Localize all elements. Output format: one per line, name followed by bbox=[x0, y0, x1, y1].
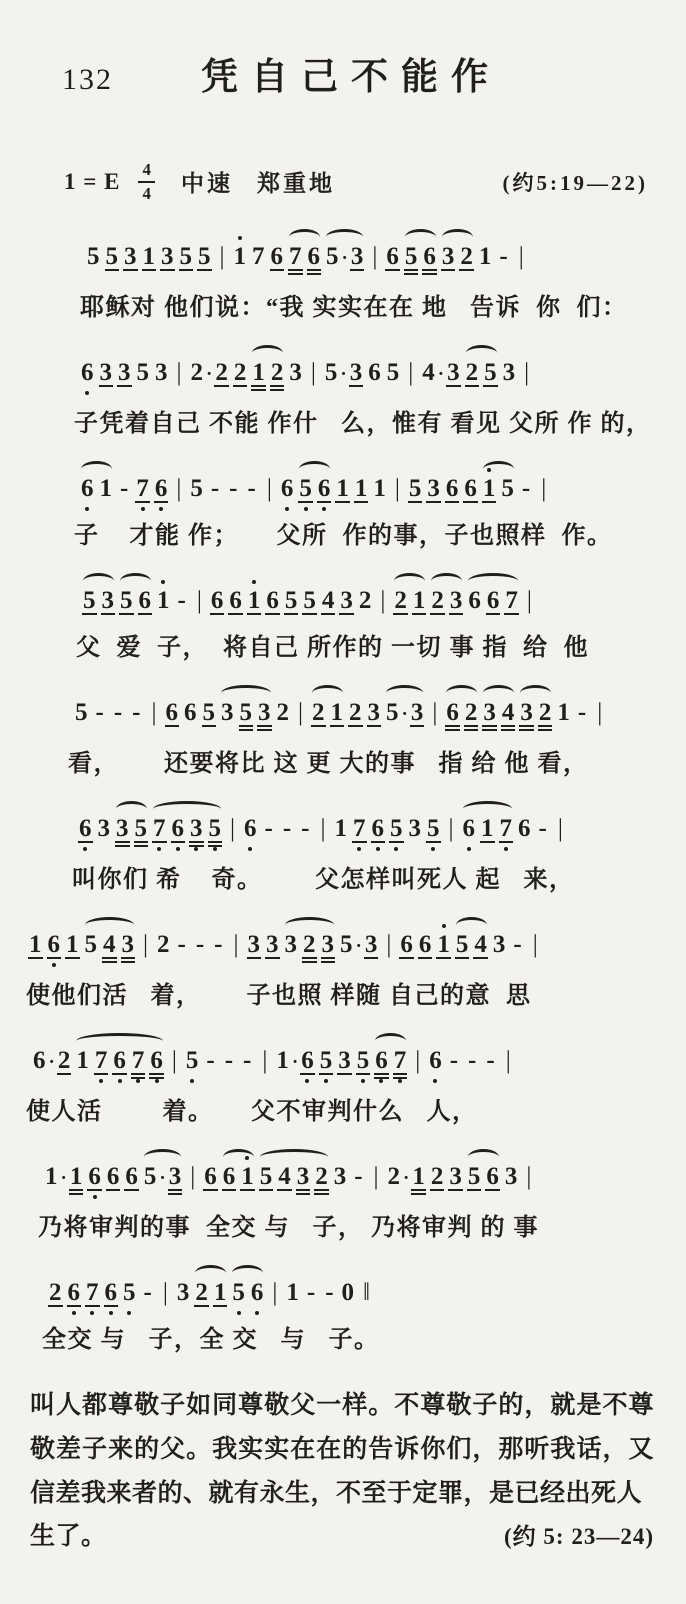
barline: | bbox=[525, 1164, 532, 1189]
note-glyph: 6 bbox=[68, 1279, 81, 1306]
octave-dot-low bbox=[159, 507, 163, 511]
note-glyph: 6 bbox=[107, 1163, 120, 1190]
barline: | bbox=[266, 476, 273, 501]
note: 2 bbox=[270, 360, 285, 391]
slur-group: 34 bbox=[480, 700, 517, 731]
note: 5 bbox=[185, 1048, 200, 1073]
note: 7 bbox=[393, 1048, 408, 1079]
note-glyph: 1 bbox=[157, 587, 170, 614]
note: 3 bbox=[408, 816, 423, 841]
note-glyph: 1 bbox=[66, 931, 79, 958]
note-glyph: 5 bbox=[180, 243, 193, 270]
note-glyph: - bbox=[522, 475, 530, 502]
note-glyph: 3 bbox=[155, 359, 168, 386]
octave-dot-low bbox=[376, 847, 380, 851]
music-system: 63357635|6---|176535|6176-|叫你们 希 奇。 父怎样叫… bbox=[24, 799, 662, 894]
note: 6 bbox=[112, 1048, 127, 1075]
note-glyph: - bbox=[243, 1047, 251, 1074]
note-glyph: 6 bbox=[318, 475, 331, 502]
note: 5 bbox=[86, 244, 101, 269]
octave-dot-low bbox=[72, 1311, 76, 1315]
note: 5 bbox=[197, 244, 212, 271]
note-glyph: 3 bbox=[503, 359, 516, 386]
note-glyph: 5 bbox=[232, 1279, 245, 1306]
barline: | bbox=[162, 1280, 169, 1305]
barline: | bbox=[297, 700, 304, 725]
note: 1 bbox=[75, 1048, 90, 1073]
lyrics-line: 耶稣对 他们说：“我 实实在在 地 告诉 你 们： bbox=[24, 287, 662, 322]
note: 1 bbox=[213, 1280, 228, 1307]
slur-group: 543 bbox=[82, 932, 138, 963]
octave-dot-low bbox=[136, 1079, 140, 1083]
note: 5 bbox=[134, 816, 149, 847]
octave-dot-low bbox=[248, 847, 252, 851]
note: 6 bbox=[80, 476, 95, 501]
note-glyph: - bbox=[539, 815, 547, 842]
note: 4 bbox=[473, 932, 488, 959]
note: 6 bbox=[106, 1164, 121, 1191]
note-glyph: 3 bbox=[442, 243, 455, 270]
note-glyph: 7 bbox=[95, 1047, 108, 1074]
time-signature-numerator: 4 bbox=[138, 160, 155, 183]
note-glyph: 1 bbox=[241, 1163, 254, 1190]
note-glyph: 5 bbox=[120, 587, 133, 614]
note-glyph: 5 bbox=[87, 243, 100, 270]
note: 6 bbox=[149, 1048, 164, 1079]
note-glyph: 4 bbox=[422, 359, 435, 386]
note-glyph: 3 bbox=[427, 475, 440, 502]
note: 6 bbox=[250, 1280, 265, 1305]
dash: - bbox=[512, 932, 522, 957]
barline: | bbox=[219, 244, 226, 269]
note: 2 bbox=[348, 700, 363, 727]
note-glyph: 1 bbox=[29, 931, 42, 958]
dash: - bbox=[195, 932, 205, 957]
music-line: 53561-|661655432|2123667| bbox=[24, 571, 662, 626]
note: 1 bbox=[65, 932, 80, 959]
note-glyph: 5 bbox=[390, 815, 403, 842]
note: 6 bbox=[385, 244, 400, 271]
note: 2 bbox=[430, 1164, 445, 1191]
barline: | bbox=[526, 588, 533, 613]
note-glyph: 1 bbox=[355, 475, 368, 502]
octave-dot-high bbox=[245, 1156, 249, 1160]
note-glyph: - bbox=[114, 699, 122, 726]
dash: - bbox=[485, 1048, 495, 1073]
note: 2 bbox=[57, 1048, 72, 1075]
note: 7 bbox=[152, 816, 167, 843]
octave-dot-low bbox=[90, 1311, 94, 1315]
note: 5 bbox=[74, 700, 89, 725]
note-glyph: 2 bbox=[277, 699, 290, 726]
lyrics-line: 乃将审判的事 全交 与 子， 乃将审判 的 事 bbox=[24, 1207, 662, 1242]
augmentation-dot: · bbox=[403, 1169, 409, 1188]
note-glyph: | bbox=[262, 1047, 267, 1074]
note: 3 bbox=[154, 360, 169, 385]
note-glyph: - bbox=[225, 1047, 233, 1074]
note-glyph: 5 bbox=[209, 815, 222, 842]
note-glyph: - bbox=[229, 475, 237, 502]
footer: 叫人都尊敬子如同尊敬父一样。不尊敬子的，就是不尊敬差子来的父。我实实在在的告诉你… bbox=[24, 1384, 662, 1559]
note-glyph: 3 bbox=[102, 587, 115, 614]
note-glyph: - bbox=[132, 699, 140, 726]
note: 6 bbox=[32, 1048, 47, 1073]
note: 6 bbox=[374, 1048, 389, 1079]
note-glyph: | bbox=[267, 475, 272, 502]
note: 3 bbox=[504, 1164, 519, 1189]
slur-group: 17676 bbox=[73, 1048, 166, 1079]
note-glyph: 5 bbox=[85, 931, 98, 958]
slur-group: 21 bbox=[391, 588, 428, 615]
note-glyph: 3 bbox=[258, 699, 271, 726]
dash: - bbox=[324, 1280, 334, 1305]
barline: | bbox=[320, 816, 327, 841]
note-glyph: 3 bbox=[190, 815, 203, 842]
note-glyph: 6 bbox=[429, 1047, 442, 1074]
note-glyph: 5 bbox=[106, 243, 119, 270]
slur-group: 56 bbox=[117, 588, 154, 615]
note-glyph: | bbox=[408, 359, 413, 386]
note-glyph: 1 bbox=[100, 475, 113, 502]
note-glyph: 1 bbox=[335, 815, 348, 842]
note-glyph: 5 bbox=[427, 815, 440, 842]
note: 5 bbox=[302, 588, 317, 615]
note-glyph: | bbox=[163, 1279, 168, 1306]
note-glyph: 3 bbox=[493, 931, 506, 958]
octave-dot-low bbox=[357, 847, 361, 851]
note: 5 bbox=[356, 1048, 371, 1075]
note: 5 bbox=[455, 932, 470, 959]
note-glyph: 6 bbox=[125, 1163, 138, 1190]
note-glyph: 5 bbox=[409, 475, 422, 502]
note: 5 bbox=[208, 816, 223, 847]
note: 3 bbox=[441, 244, 456, 271]
note-glyph: 3 bbox=[411, 699, 424, 726]
note-glyph: - bbox=[120, 475, 128, 502]
dash: - bbox=[242, 1048, 252, 1073]
note: 3 bbox=[220, 700, 235, 725]
note-glyph: 2 bbox=[315, 1163, 328, 1190]
dash: - bbox=[177, 932, 187, 957]
note: 3 bbox=[333, 1164, 348, 1189]
music-system: 6·217676|5---|1·653567|6---|使人活 着。 父不审判什… bbox=[24, 1031, 662, 1126]
note-glyph: 5 bbox=[186, 1047, 199, 1074]
note-glyph: 1 bbox=[412, 1163, 425, 1190]
note: 7 bbox=[251, 244, 266, 269]
note-glyph: 5 bbox=[320, 1047, 333, 1074]
note-glyph: 1 bbox=[286, 1279, 299, 1306]
note-glyph: 1 bbox=[70, 1163, 83, 1190]
note-glyph: 6 bbox=[386, 243, 399, 270]
note-glyph: 2 bbox=[460, 243, 473, 270]
note-glyph: 6 bbox=[172, 815, 185, 842]
note: 3 bbox=[123, 244, 138, 271]
dash: - bbox=[300, 816, 310, 841]
note-glyph: - bbox=[214, 931, 222, 958]
note: 6 bbox=[428, 1048, 443, 1073]
note-glyph: · bbox=[403, 1168, 409, 1189]
slur-group: 5432 bbox=[257, 1164, 331, 1195]
note: 1 bbox=[482, 476, 497, 503]
note-glyph: 2 bbox=[466, 359, 479, 386]
augmentation-dot: · bbox=[159, 1169, 165, 1188]
barline: | bbox=[596, 700, 603, 725]
dash: - bbox=[353, 1164, 363, 1189]
music-system: 63353|2·22123|5·365|4·3253|子凭着自己 不能 作什 么… bbox=[24, 343, 662, 438]
lyrics-line: 子 才能 作； 父所 作的事，子也照样 作。 bbox=[24, 515, 662, 550]
barline: | bbox=[175, 476, 182, 501]
note: 1 bbox=[240, 1164, 255, 1191]
note-glyph: 1 bbox=[373, 475, 386, 502]
note: 6 bbox=[80, 360, 95, 385]
note: 3 bbox=[349, 360, 364, 387]
barline: | bbox=[540, 476, 547, 501]
note: 1 bbox=[478, 244, 493, 269]
note-glyph: | bbox=[415, 1047, 420, 1074]
note-glyph: | bbox=[176, 475, 181, 502]
note-glyph: 6 bbox=[81, 475, 94, 502]
note-glyph: 6 bbox=[79, 815, 92, 842]
note: 6 bbox=[210, 588, 225, 615]
slur-group: 667 bbox=[465, 588, 521, 615]
note-glyph: 2 bbox=[359, 587, 372, 614]
note: 5 bbox=[284, 588, 299, 615]
note: 3 bbox=[284, 932, 299, 957]
note-glyph: - bbox=[178, 931, 186, 958]
barline: | bbox=[532, 932, 539, 957]
note: 1 bbox=[28, 932, 43, 959]
note-glyph: 2 bbox=[215, 359, 228, 386]
note: 2 bbox=[464, 700, 479, 731]
note: 3 bbox=[492, 932, 507, 957]
dash: - bbox=[282, 816, 292, 841]
note: 2 bbox=[358, 588, 373, 613]
note: 1 bbox=[480, 816, 495, 843]
note: 5 bbox=[426, 816, 441, 843]
note: 1 bbox=[372, 476, 387, 501]
note-glyph: - bbox=[265, 815, 273, 842]
music-line: 1·16665·3|66154323-|2·123563| bbox=[24, 1147, 662, 1206]
note-glyph: 1 bbox=[252, 359, 265, 386]
augmentation-dot: · bbox=[438, 365, 444, 384]
note-glyph: 6 bbox=[155, 475, 168, 502]
note-glyph: 2 bbox=[394, 587, 407, 614]
note: 6 bbox=[486, 588, 501, 615]
note: 6 bbox=[138, 588, 153, 615]
note: 3 bbox=[426, 476, 441, 503]
note-glyph: | bbox=[374, 1163, 379, 1190]
note: 6 bbox=[183, 700, 198, 725]
note-glyph: · bbox=[206, 364, 212, 385]
octave-dot-low bbox=[157, 847, 161, 851]
dash: - bbox=[306, 1280, 316, 1305]
note-glyph: 6 bbox=[446, 699, 459, 726]
note: 3 bbox=[101, 588, 116, 615]
note-glyph: 3 bbox=[118, 359, 131, 386]
note-glyph: 7 bbox=[353, 815, 366, 842]
note-glyph: | bbox=[177, 359, 182, 386]
note: 2 bbox=[194, 1280, 209, 1307]
note: 1 bbox=[412, 588, 427, 615]
note-glyph: 5 bbox=[325, 359, 338, 386]
slur-group: 56 bbox=[296, 476, 333, 503]
note-glyph: 1 bbox=[234, 243, 247, 270]
note-glyph: 6 bbox=[487, 587, 500, 614]
note-glyph: 5 bbox=[357, 1047, 370, 1074]
note-glyph: 5 bbox=[198, 243, 211, 270]
octave-dot-low bbox=[194, 847, 198, 851]
note: 2 bbox=[48, 1280, 63, 1307]
octave-dot-low bbox=[141, 507, 145, 511]
note: 6 bbox=[104, 1280, 119, 1307]
barline: | bbox=[523, 360, 530, 385]
note: 6 bbox=[87, 1164, 102, 1191]
note: 3 bbox=[446, 360, 461, 387]
note: 5 bbox=[259, 1164, 274, 1191]
note: 5 bbox=[500, 476, 515, 501]
note-glyph: 7 bbox=[153, 815, 166, 842]
note-glyph: · bbox=[438, 364, 444, 385]
note: 7 bbox=[352, 816, 367, 843]
octave-dot-low bbox=[83, 847, 87, 851]
barline: | bbox=[176, 360, 183, 385]
dash: - bbox=[210, 476, 220, 501]
note: 5 bbox=[404, 244, 419, 275]
note: 6 bbox=[222, 1164, 237, 1191]
lyrics-line: 父 爱 子， 将自己 所作的 一切 事 指 给 他 bbox=[24, 627, 662, 662]
note-glyph: - bbox=[178, 587, 186, 614]
augmentation-dot: · bbox=[356, 937, 362, 956]
lyrics-line: 使人活 着。 父不审判什么 人， bbox=[24, 1091, 662, 1126]
note: 5 bbox=[408, 476, 423, 503]
note: 6 bbox=[243, 816, 258, 841]
note-glyph: 1 bbox=[557, 699, 570, 726]
note-glyph: 6 bbox=[48, 931, 61, 958]
note: 1 bbox=[354, 476, 369, 503]
note-glyph: | bbox=[558, 815, 563, 842]
octave-dot-low bbox=[305, 1079, 309, 1083]
note: 5 bbox=[389, 816, 404, 843]
lyrics-line: 使他们活 着， 子也照 样随 自己的意 思 bbox=[24, 975, 662, 1010]
note-glyph: 3 bbox=[289, 359, 302, 386]
note: 6 bbox=[203, 1164, 218, 1191]
note: 1 bbox=[335, 476, 350, 503]
note: 3 bbox=[176, 1280, 191, 1305]
slur-group: 617 bbox=[460, 816, 516, 843]
note: 5 bbox=[105, 244, 120, 271]
footer-last-line: 生了。 (约 5: 23—24) bbox=[30, 1515, 654, 1559]
note-glyph: 5 bbox=[468, 1163, 481, 1190]
note: 1 bbox=[99, 476, 114, 501]
note: 6 bbox=[280, 476, 295, 501]
note: 1 bbox=[233, 244, 248, 269]
octave-dot-low bbox=[304, 507, 308, 511]
note: 7 bbox=[135, 476, 150, 503]
barline: | bbox=[557, 816, 564, 841]
dash: - bbox=[131, 700, 141, 725]
note-glyph: 6 bbox=[251, 1279, 264, 1306]
note-glyph: 5 bbox=[326, 243, 339, 270]
note: 6 bbox=[399, 932, 414, 959]
note-glyph: 3 bbox=[322, 931, 335, 958]
note-glyph: 3 bbox=[409, 815, 422, 842]
note-glyph: 1 bbox=[143, 243, 156, 270]
note-glyph: | bbox=[190, 1163, 195, 1190]
barline: | bbox=[407, 360, 414, 385]
rest: 0 bbox=[341, 1280, 356, 1305]
note-glyph: - bbox=[325, 1279, 333, 1306]
note: 6 bbox=[270, 244, 285, 271]
note: 6 bbox=[317, 476, 332, 503]
note-glyph: | bbox=[597, 699, 602, 726]
note-glyph: 3 bbox=[98, 815, 111, 842]
note: 2 bbox=[465, 360, 480, 387]
slur-group: 53 bbox=[80, 588, 117, 615]
note-glyph: 6 bbox=[229, 587, 242, 614]
note-glyph: 3 bbox=[285, 931, 298, 958]
octave-dot-low bbox=[109, 1311, 113, 1315]
note-glyph: 5 bbox=[484, 359, 497, 386]
augmentation-dot: · bbox=[402, 705, 408, 724]
note-glyph: 5 bbox=[386, 699, 399, 726]
music-line: 61-76|5---|656111|536615-| bbox=[24, 459, 662, 514]
note-glyph: 1 bbox=[413, 587, 426, 614]
note-glyph: | bbox=[311, 359, 316, 386]
augmentation-dot: · bbox=[342, 249, 348, 268]
note: 2 bbox=[190, 360, 205, 385]
dash: - bbox=[213, 932, 223, 957]
note-glyph: 1 bbox=[248, 587, 261, 614]
dash: - bbox=[95, 700, 105, 725]
note-glyph: | bbox=[172, 1047, 177, 1074]
music-system: 5---|6653532|21235·3|6234321-|看， 还要将比 这 … bbox=[24, 683, 662, 778]
note-glyph: 7 bbox=[136, 475, 149, 502]
barline: | bbox=[371, 244, 378, 269]
octave-dot-low bbox=[255, 1311, 259, 1315]
octave-dot-low bbox=[99, 1079, 103, 1083]
note: 3 bbox=[288, 360, 303, 385]
note-glyph: 2 bbox=[191, 359, 204, 386]
octave-dot-low bbox=[85, 391, 89, 395]
octave-dot-low bbox=[467, 847, 471, 851]
note-glyph: 5 bbox=[501, 475, 514, 502]
note: 4 bbox=[421, 360, 436, 385]
slur-group: 67 bbox=[372, 1048, 409, 1079]
note: 6 bbox=[228, 588, 243, 615]
note: 1 bbox=[411, 1164, 426, 1195]
note: 6 bbox=[517, 816, 532, 841]
note: 3 bbox=[350, 244, 365, 271]
note-glyph: - bbox=[578, 699, 586, 726]
note-glyph: 1 bbox=[214, 1279, 227, 1306]
note-glyph: 1 bbox=[331, 699, 344, 726]
note-glyph: - bbox=[283, 815, 291, 842]
scripture-reference-top: (约5:19—22) bbox=[503, 167, 648, 197]
music-system: 5531355|176765·3|656321-|耶稣对 他们说：“我 实实在在… bbox=[24, 227, 662, 322]
note-glyph: 6 bbox=[223, 1163, 236, 1190]
note: 6 bbox=[418, 932, 433, 959]
note-glyph: 6 bbox=[423, 243, 436, 270]
note-glyph: 6 bbox=[244, 815, 257, 842]
note-glyph: 1 bbox=[437, 931, 450, 958]
note-glyph: 2 bbox=[195, 1279, 208, 1306]
music-line: 26765-|32156|1--0‖ bbox=[24, 1263, 662, 1318]
note: 3 bbox=[449, 588, 464, 615]
barline: | bbox=[233, 932, 240, 957]
note: 1 bbox=[69, 1164, 84, 1195]
note-glyph: 3 bbox=[450, 587, 463, 614]
note: 6 bbox=[165, 700, 180, 727]
